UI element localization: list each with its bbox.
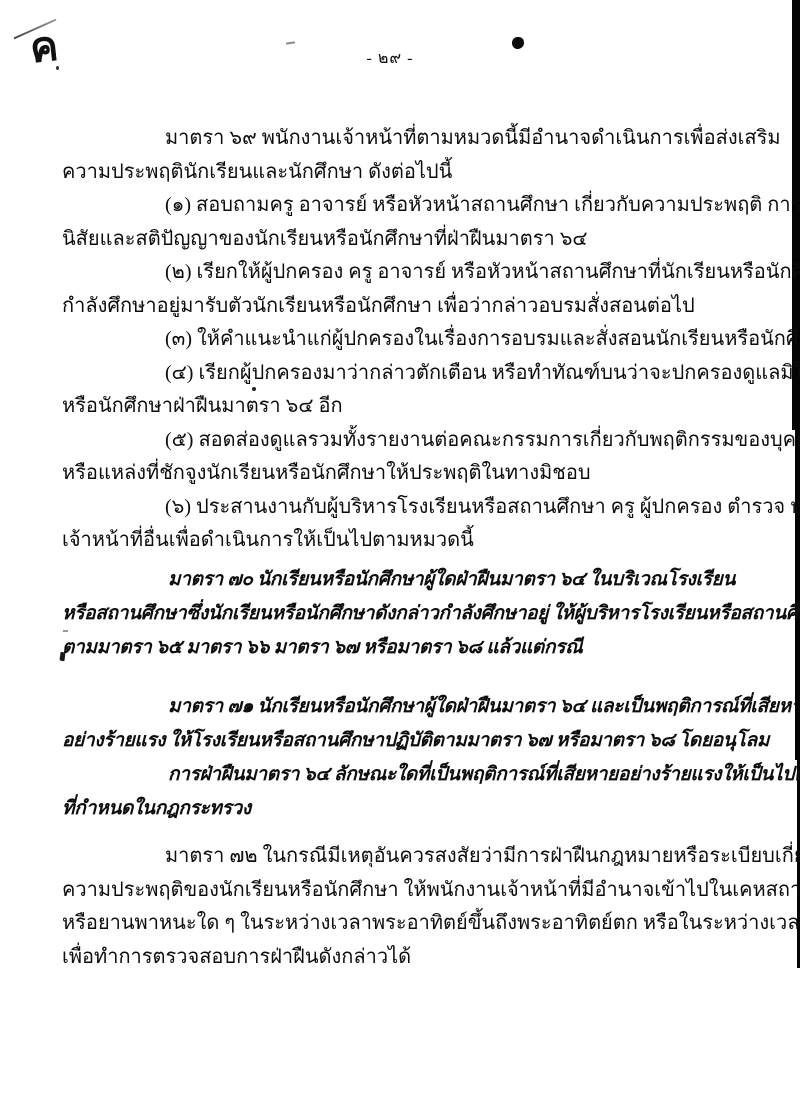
text-line: หรือนักศึกษาฝ่าฝืนมาตรา ๖๔ อีก <box>62 390 762 424</box>
text-line: นิสัยและสติปัญญาของนักเรียนหรือนักศึกษาท… <box>62 223 762 257</box>
text-line: หรือยานพาหนะใด ๆ ในระหว่างเวลาพระอาทิตย์… <box>62 907 762 941</box>
text-line: (๖) ประสานงานกับผู้บริหารโรงเรียนหรือสถา… <box>62 491 762 525</box>
scanned-document-page: ค - ๒๙ - มาตรา ๖๙ พนักงานเจ้าหน้าที่ตามห… <box>0 0 800 1106</box>
section-matra-72: มาตรา ๗๒ ในกรณีมีเหตุอันควรสงสัยว่ามีการ… <box>62 840 762 974</box>
text-line: มาตรา ๖๙ พนักงานเจ้าหน้าที่ตามหมวดนี้มีอ… <box>62 122 762 156</box>
ink-dot-artifact <box>512 37 524 49</box>
text-line: (๔) เรียกผู้ปกครองมาว่ากล่าวตักเตือน หรื… <box>62 357 762 391</box>
text-line: ที่กำหนดในกฎกระทรวง <box>62 792 762 826</box>
ink-speck-artifact <box>252 387 256 391</box>
smudge-artifact <box>63 630 68 632</box>
section-matra-69: มาตรา ๖๙ พนักงานเจ้าหน้าที่ตามหมวดนี้มีอ… <box>62 122 762 558</box>
section-matra-71: มาตรา ๗๑ นักเรียนหรือนักศึกษาผู้ใดฝ่าฝืน… <box>62 690 762 826</box>
page-number: - ๒๙ - <box>340 46 440 71</box>
pen-dot-artifact <box>56 66 59 70</box>
text-line: (๓) ให้คำแนะนำแก่ผู้ปกครองในเรื่องการอบร… <box>62 323 762 357</box>
text-line: เพื่อทำการตรวจสอบการฝ่าฝืนดังกล่าวได้ <box>62 941 762 975</box>
text-line: การฝ่าฝืนมาตรา ๖๔ ลักษณะใดที่เป็นพฤติการ… <box>62 758 762 792</box>
handwritten-mark: ค <box>27 13 62 82</box>
text-line: มาตรา ๗๑ นักเรียนหรือนักศึกษาผู้ใดฝ่าฝืน… <box>62 690 762 724</box>
text-line: ตามมาตรา ๖๕ มาตรา ๖๖ มาตรา ๖๗ หรือมาตรา … <box>62 631 762 665</box>
text-line: อย่างร้ายแรง ให้โรงเรียนหรือสถานศึกษาปฏิ… <box>62 724 762 758</box>
smudge-artifact <box>286 41 295 44</box>
text-line: ความประพฤตินักเรียนและนักศึกษา ดังต่อไปน… <box>62 156 762 190</box>
text-line: (๑) สอบถามครู อาจารย์ หรือหัวหน้าสถานศึก… <box>62 189 762 223</box>
text-line: หรือสถานศึกษาซึ่งนักเรียนหรือนักศึกษาดัง… <box>62 597 762 631</box>
text-line: ความประพฤติของนักเรียนหรือนักศึกษา ให้พน… <box>62 874 762 908</box>
text-line: (๕) สอดส่องดูแลรวมทั้งรายงานต่อคณะกรรมกา… <box>62 424 762 458</box>
text-line: (๒) เรียกให้ผู้ปกครอง ครู อาจารย์ หรือหั… <box>62 256 762 290</box>
text-line: กำลังศึกษาอยู่มารับตัวนักเรียนหรือนักศึก… <box>62 290 762 324</box>
section-matra-70: มาตรา ๗๐ นักเรียนหรือนักศึกษาผู้ใดฝ่าฝืน… <box>62 563 762 665</box>
text-line: มาตรา ๗๐ นักเรียนหรือนักศึกษาผู้ใดฝ่าฝืน… <box>62 563 762 597</box>
text-line: หรือแหล่งที่ชักจูงนักเรียนหรือนักศึกษาให… <box>62 457 762 491</box>
text-line: มาตรา ๗๒ ในกรณีมีเหตุอันควรสงสัยว่ามีการ… <box>62 840 762 874</box>
text-line: เจ้าหน้าที่อื่นเพื่อดำเนินการให้เป็นไปตา… <box>62 524 762 558</box>
